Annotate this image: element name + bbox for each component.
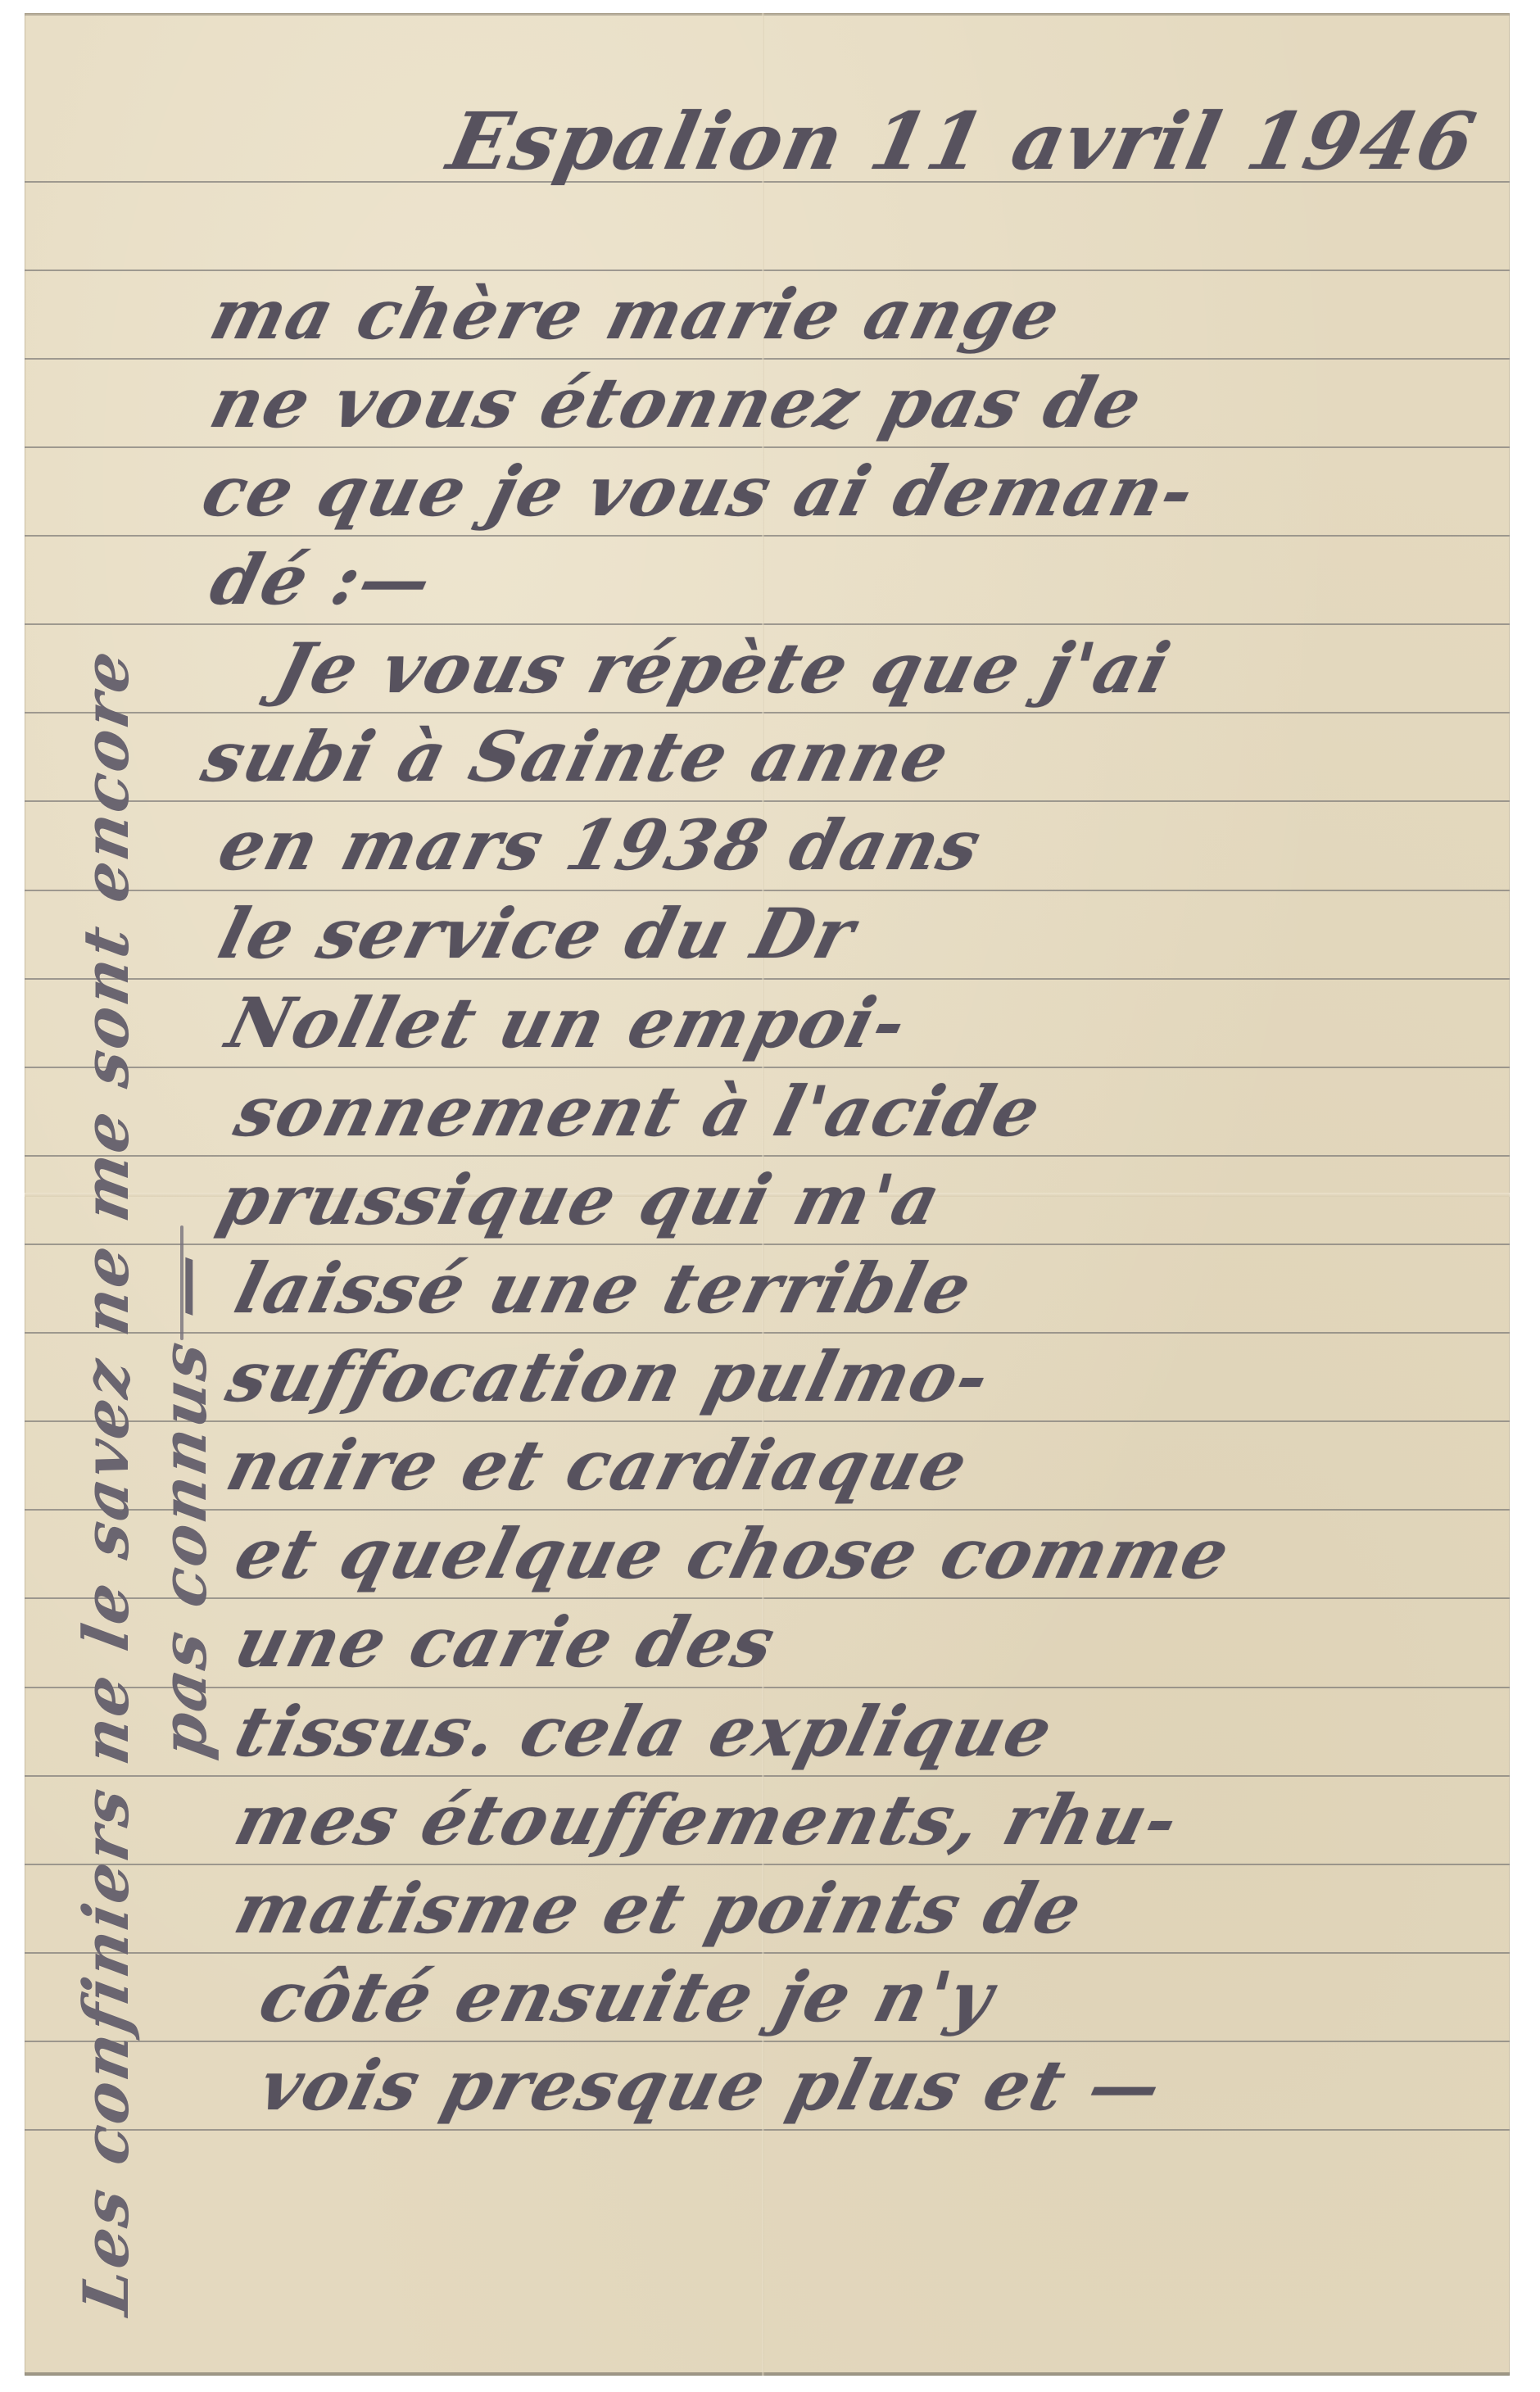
- letter-line: ma chère marie ange: [203, 274, 1070, 355]
- letter-line: et quelque chose comme: [228, 1513, 1239, 1594]
- letter-line: matisme et points de: [228, 1868, 1091, 1949]
- ruled-line: [25, 1420, 1510, 1422]
- letter-line: ne vous étonnez pas de: [203, 362, 1152, 443]
- letter-line: naire et cardiaque: [220, 1425, 977, 1506]
- margin-bracket: [180, 1225, 183, 1340]
- letter-line: subi à Sainte anne: [195, 716, 958, 797]
- paper-bottom-edge: [25, 2372, 1510, 2376]
- letter-line: une carie des: [228, 1601, 784, 1683]
- ruled-line: [25, 358, 1510, 360]
- letter-line: prussique qui m'a: [211, 1159, 950, 1240]
- ruled-line: [25, 1952, 1510, 1954]
- ruled-line: [25, 1509, 1510, 1511]
- letter-line: le service du Dr: [211, 893, 864, 974]
- ruled-line: [25, 800, 1510, 802]
- ruled-line: [25, 712, 1510, 714]
- letter-line: côté ensuite je n'y: [252, 1956, 1003, 2037]
- letter-line: Nollet un empoi-: [220, 982, 916, 1063]
- ruled-line: [25, 623, 1510, 625]
- letter-line: laissé une terrible: [228, 1248, 981, 1329]
- paper-top-edge: [25, 13, 1510, 16]
- letter-line: dé :—: [203, 539, 442, 620]
- ruled-line: [25, 1244, 1510, 1245]
- letter-line: en mars 1938 dans: [211, 804, 990, 886]
- ruled-line: [25, 1597, 1510, 1599]
- ruled-line: [25, 1067, 1510, 1068]
- letter-line: ce que je vous ai deman-: [195, 451, 1204, 532]
- place-date-heading: Espalion 11 avril 1946: [441, 95, 1484, 188]
- letter-paper: Espalion 11 avril 1946 ma chère marie an…: [25, 13, 1510, 2376]
- ruled-line: [25, 270, 1510, 271]
- ruled-line: [25, 1775, 1510, 1777]
- letter-line: mes étouffements, rhu-: [228, 1779, 1188, 1860]
- ruled-line: [25, 978, 1510, 980]
- ruled-line: [25, 446, 1510, 448]
- ruled-line: [25, 890, 1510, 891]
- margin-note-line2: pas connus —: [147, 1245, 220, 1762]
- ruled-line: [25, 2041, 1510, 2042]
- ruled-line: [25, 1155, 1510, 1157]
- letter-line: sonnement à l'acide: [228, 1071, 1050, 1152]
- ruled-line: [25, 1687, 1510, 1688]
- ruled-line: [25, 2129, 1510, 2131]
- letter-line: tissus. cela explique: [228, 1691, 1062, 1772]
- ruled-line: [25, 1864, 1510, 1865]
- margin-note-line1: Les confiniers ne le savez ne me sont en…: [70, 643, 143, 2320]
- ruled-line: [25, 535, 1510, 537]
- ruled-line: [25, 1332, 1510, 1334]
- letter-line: suffocation pulmo-: [220, 1336, 999, 1417]
- letter-line: Je vous répète que j'ai: [269, 627, 1180, 709]
- letter-line: vois presque plus et —: [252, 2045, 1171, 2126]
